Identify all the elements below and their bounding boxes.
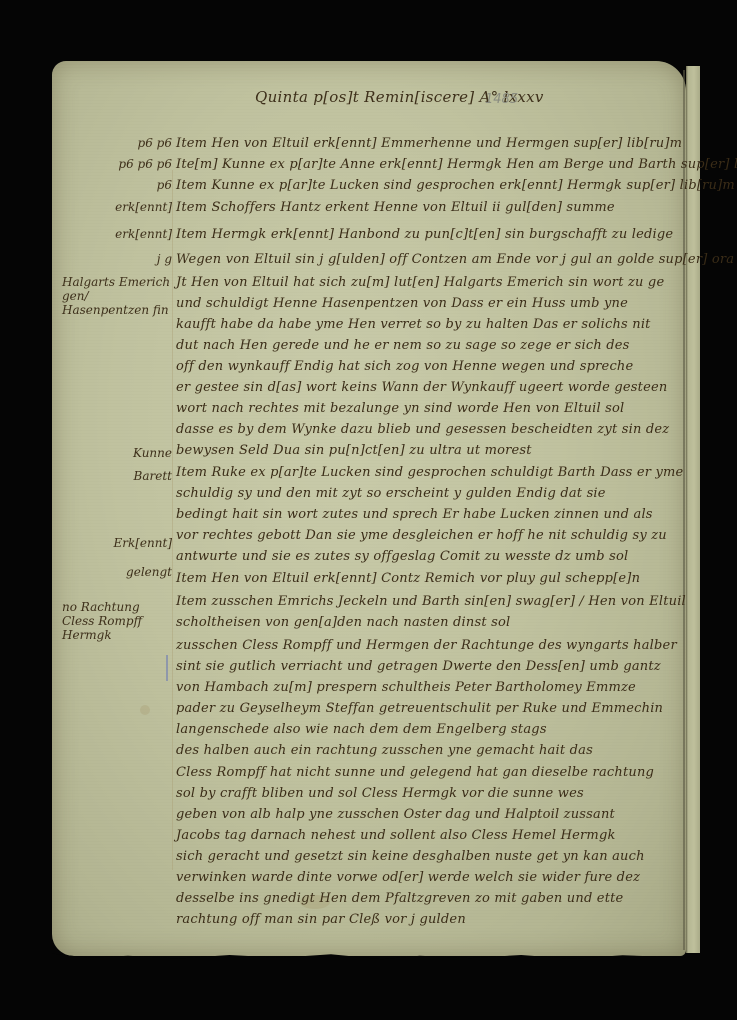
text-line: scholtheisen von gen[a]den nach nasten d… [176, 615, 510, 631]
text-line: sint sie gutlich verriacht und getragen … [176, 659, 661, 675]
text-line: Item Ruke ex p[ar]te Lucken sind gesproc… [176, 465, 683, 481]
text-line: dut nach Hen gerede und he er nem so zu … [176, 338, 630, 354]
margin-note: Kunne [133, 446, 172, 460]
margin-note: Halgarts Emerich gen/ Hasenpentzen fin [62, 275, 172, 317]
blue-pencil-mark [166, 655, 168, 681]
margin-note: j g [157, 252, 172, 266]
text-line: sich geracht und gesetzt sin keine desgh… [176, 849, 645, 865]
text-line: desselbe ins gnedigt Hen dem Pfaltzgreve… [176, 891, 623, 907]
text-line: Cless Rompff hat nicht sunne und gelegen… [176, 765, 654, 781]
margin-note: gelengt [126, 565, 172, 579]
ink-stain [140, 705, 150, 715]
text-line: des halben auch ein rachtung zusschen yn… [176, 743, 593, 759]
margin-note: no Rachtung Cless Rompff Hermgk [62, 600, 172, 642]
text-line: zusschen Cless Rompff und Hermgen der Ra… [176, 638, 677, 654]
margin-note: erk[ennt] [115, 227, 172, 241]
margin-note: erk[ennt] [115, 200, 172, 214]
text-line: dasse es by dem Wynke dazu blieb und ges… [176, 422, 669, 438]
text-line: und schuldigt Henne Hasenpentzen von Das… [176, 296, 628, 312]
text-line: Jt Hen von Eltuil hat sich zu[m] lut[en]… [176, 275, 664, 291]
text-line: geben von alb halp yne zusschen Oster da… [176, 807, 615, 823]
text-line: bewysen Seld Dua sin pu[n]ct[en] zu ultr… [176, 443, 532, 459]
text-line: rachtung off man sin par Cleß vor j guld… [176, 912, 466, 928]
text-line: sol by crafft bliben und sol Cless Hermg… [176, 786, 584, 802]
text-line: Item Kunne ex p[ar]te Lucken sind gespro… [176, 178, 735, 194]
text-line: Item zusschen Emrichs Jeckeln und Barth … [176, 594, 686, 610]
margin-note: Erk[ennt] [113, 536, 172, 550]
margin-note: p6 [157, 178, 172, 192]
margin-note: p6 p6 p6 [118, 157, 172, 171]
text-line: Item Hermgk erk[ennt] Hanbond zu pun[c]t… [176, 227, 673, 243]
text-line: antwurte und sie es zutes sy offgeslag C… [176, 549, 628, 565]
text-line: schuldig sy und den mit zyt so erscheint… [176, 486, 606, 502]
margin-note: Barett [134, 469, 172, 483]
margin-ruling-line [172, 170, 173, 870]
text-line: pader zu Geyselheym Steffan getreuentsch… [176, 701, 663, 717]
folio-number: 1485 [485, 92, 518, 107]
text-line: er gestee sin d[as] wort keins Wann der … [176, 380, 667, 396]
text-line: kaufft habe da habe yme Hen verret so by… [176, 317, 651, 333]
text-line: vor rechtes gebott Dan sie yme desgleich… [176, 528, 667, 544]
torn-bottom-edge [52, 948, 686, 962]
adjacent-leaf-edge [686, 66, 700, 953]
text-line: Item Hen von Eltuil erk[ennt] Contz Remi… [176, 571, 640, 587]
text-line: wort nach rechtes mit bezalunge yn sind … [176, 401, 624, 417]
text-line: Wegen von Eltuil sin j g[ulden] off Cont… [176, 252, 734, 268]
text-line: Item Schoffers Hantz erkent Henne von El… [176, 200, 615, 216]
text-line: verwinken warde dinte vorwe od[er] werde… [176, 870, 640, 886]
text-line: von Hambach zu[m] prespern schultheis Pe… [176, 680, 636, 696]
margin-note: p6 p6 [138, 136, 172, 150]
text-line: off den wynkauff Endig hat sich zog von … [176, 359, 633, 375]
text-line: Item Hen von Eltuil erk[ennt] Emmerhenne… [176, 136, 682, 152]
text-line: langenschede also wie nach dem dem Engel… [176, 722, 547, 738]
text-line: bedingt hait sin wort zutes und sprech E… [176, 507, 653, 523]
text-line: Ite[m] Kunne ex p[ar]te Anne erk[ennt] H… [176, 157, 737, 173]
text-line: Jacobs tag darnach nehest und sollent al… [176, 828, 616, 844]
gutter-fold [683, 70, 685, 950]
